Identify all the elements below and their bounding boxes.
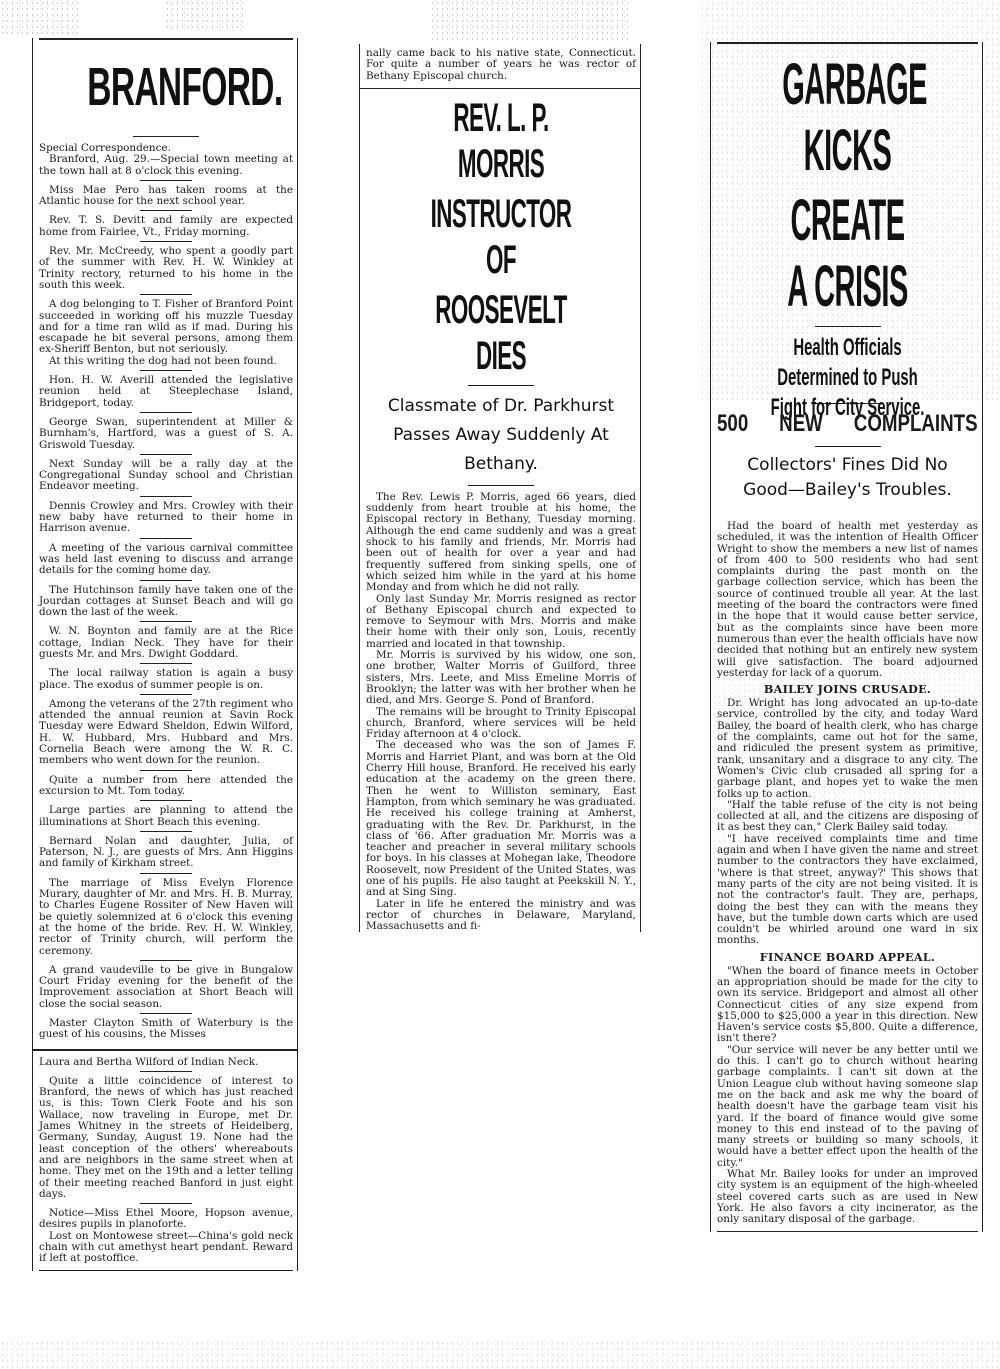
item-separator-rule	[140, 960, 192, 961]
morris-column: nally came back to his native state, Con…	[359, 44, 641, 932]
news-item: The Hutchinson family have taken one of …	[39, 585, 293, 619]
item-separator-rule	[140, 873, 192, 874]
deck-2-wrap: 500 NEW COMPLAINTS	[717, 410, 978, 440]
column-bottom-rule	[717, 1231, 978, 1232]
item-separator-rule	[140, 180, 192, 181]
masthead-rule	[133, 136, 199, 137]
article-paragraph: "When the board of finance meets in Octo…	[717, 966, 978, 1045]
item-separator-rule	[140, 663, 192, 664]
item-separator-rule	[140, 454, 192, 455]
news-item: Rev. T. S. Devitt and family are expecte…	[39, 215, 293, 238]
deck-2-word-3: COMPLAINTS	[854, 410, 978, 438]
obituary-paragraph: The deceased who was the son of James F.…	[366, 740, 636, 898]
news-item: Miss Mae Pero has taken rooms at the Atl…	[39, 185, 293, 208]
branford-column: BRANFORD. Special Correspondence. Branfo…	[32, 38, 298, 1271]
obituary-paragraph: The Rev. Lewis P. Morris, aged 66 years,…	[366, 492, 636, 594]
news-item: Quite a number from here attended the ex…	[39, 775, 293, 798]
garbage-headline-line-2: CREATE A CRISIS	[782, 188, 913, 320]
morris-headline: REV. L. P. MORRIS INSTRUCTOR OF ROOSEVEL…	[366, 95, 636, 379]
morris-deck: Classmate of Dr. Parkhurst Passes Away S…	[366, 392, 636, 479]
news-item: Master Clayton Smith of Waterbury is the…	[39, 1018, 293, 1041]
item-separator-rule	[140, 770, 192, 771]
garbage-deck-2: 500 NEW COMPLAINTS	[717, 410, 978, 438]
news-item: Large parties are planning to attend the…	[39, 805, 293, 828]
garbage-section-2: "When the board of finance meets in Octo…	[717, 966, 978, 1226]
carryover-paragraph: nally came back to his native state, Con…	[366, 48, 636, 82]
morris-body: The Rev. Lewis P. Morris, aged 66 years,…	[366, 492, 636, 933]
news-item: A grand vaudeville to be give in Bungalo…	[39, 965, 293, 1010]
item-separator-rule	[140, 496, 192, 497]
item-separator-rule	[140, 412, 192, 413]
news-item: Hon. H. W. Averill attended the legislat…	[39, 375, 293, 409]
article-paragraph: "I have received complaints time and tim…	[717, 834, 978, 947]
news-item: The marriage of Miss Evelyn Florence Mur…	[39, 878, 293, 957]
carryover-text: nally came back to his native state, Con…	[366, 44, 636, 82]
article-paragraph: Had the board of health met yesterday as…	[717, 521, 978, 679]
scan-noise-top-left	[0, 0, 80, 35]
scan-noise-top-center	[430, 0, 630, 40]
subhead-finance: FINANCE BOARD APPEAL.	[717, 950, 978, 964]
branford-masthead: BRANFORD.	[87, 44, 244, 130]
garbage-headline-line-1: GARBAGE KICKS	[782, 52, 913, 184]
column-break-rule	[33, 1049, 297, 1051]
branford-items: Special Correspondence. Branford, Aug. 2…	[39, 143, 293, 1041]
item-separator-rule	[140, 241, 192, 242]
obituary-paragraph: Only last Sunday Mr. Morris resigned as …	[366, 594, 636, 650]
obituary-paragraph: The remains will be brought to Trinity E…	[366, 707, 636, 741]
item-separator-rule	[140, 210, 192, 211]
item-separator-rule	[140, 800, 192, 801]
subhead-bailey: BAILEY JOINS CRUSADE.	[717, 682, 978, 696]
news-item: Quite a little coincidence of interest t…	[39, 1076, 293, 1200]
column-bottom-rule	[39, 1270, 293, 1271]
news-item: Rev. Mr. McCreedy, who spent a goodly pa…	[39, 246, 293, 291]
obituary-paragraph: Later in life he entered the ministry an…	[366, 899, 636, 933]
article-paragraph: "Half the table refuse of the city is no…	[717, 800, 978, 834]
news-item: The local railway station is again a bus…	[39, 668, 293, 691]
news-item: Next Sunday will be a rally day at the C…	[39, 459, 293, 493]
morris-headline-line-1: REV. L. P. MORRIS	[425, 95, 576, 187]
deck-2-word-2: NEW	[779, 410, 823, 438]
news-item: Dennis Crowley and Mrs. Crowley with the…	[39, 501, 293, 535]
item-separator-rule	[140, 1071, 192, 1072]
news-item: At this writing the dog had not been fou…	[39, 356, 293, 367]
headline-rule	[468, 385, 534, 386]
news-item: Notice—Miss Ethel Moore, Hopson avenue, …	[39, 1208, 293, 1231]
deck-rule	[468, 485, 534, 486]
garbage-deck-3: Collectors' Fines Did No Good—Bailey's T…	[717, 453, 978, 503]
garbage-intro: Had the board of health met yesterday as…	[717, 521, 978, 679]
headline-rule	[815, 326, 881, 327]
article-paragraph: What Mr. Bailey looks for under an impro…	[717, 1169, 978, 1225]
item-separator-rule	[140, 538, 192, 539]
garbage-section-1: Dr. Wright has long advocated an up-to-d…	[717, 698, 978, 947]
scan-noise-top-middle	[165, 0, 245, 30]
column-top-rule	[39, 38, 293, 40]
morris-headline-line-3: ROOSEVELT DIES	[425, 287, 576, 379]
item-separator-rule	[140, 621, 192, 622]
column-top-rule	[717, 42, 978, 44]
garbage-column: GARBAGE KICKS CREATE A CRISIS Health Off…	[710, 42, 983, 1232]
item-separator-rule	[140, 370, 192, 371]
news-item: W. N. Boynton and family are at the Rice…	[39, 626, 293, 660]
news-item: Bernard Nolan and daughter, Julia, of Pa…	[39, 836, 293, 870]
item-separator-rule	[140, 831, 192, 832]
article-paragraph: "Our service will never be any better un…	[717, 1045, 978, 1169]
deck-rule-2	[815, 446, 881, 447]
spacer	[717, 507, 978, 521]
news-item: Among the veterans of the 27th regiment …	[39, 699, 293, 767]
item-separator-rule	[140, 1203, 192, 1204]
news-item: Laura and Bertha Wilford of Indian Neck.	[39, 1057, 293, 1068]
branford-continued: Laura and Bertha Wilford of Indian Neck.…	[39, 1057, 293, 1265]
carryover-rule	[360, 88, 640, 89]
news-item: Lost on Montowese street—China's gold ne…	[39, 1231, 293, 1265]
news-item: Branford, Aug. 29.—Special town meeting …	[39, 154, 293, 177]
morris-headline-line-2: INSTRUCTOR OF	[425, 191, 576, 283]
item-separator-rule	[140, 1013, 192, 1014]
item-separator-rule	[140, 580, 192, 581]
item-separator-rule	[140, 694, 192, 695]
deck-1-wrap: Health Officials Determined to Push Figh…	[717, 333, 978, 397]
item-separator-rule	[140, 294, 192, 295]
garbage-headline: GARBAGE KICKS CREATE A CRISIS	[717, 42, 978, 320]
news-item: A dog belonging to T. Fisher of Branford…	[39, 299, 293, 355]
deck-2-word-1: 500	[717, 410, 748, 438]
obituary-paragraph: Mr. Morris is survived by his widow, one…	[366, 650, 636, 706]
news-item: George Swan, superintendent at Miller & …	[39, 417, 293, 451]
article-paragraph: Dr. Wright has long advocated an up-to-d…	[717, 698, 978, 800]
news-item: A meeting of the various carnival commit…	[39, 543, 293, 577]
scan-noise-bottom	[0, 1340, 1000, 1369]
